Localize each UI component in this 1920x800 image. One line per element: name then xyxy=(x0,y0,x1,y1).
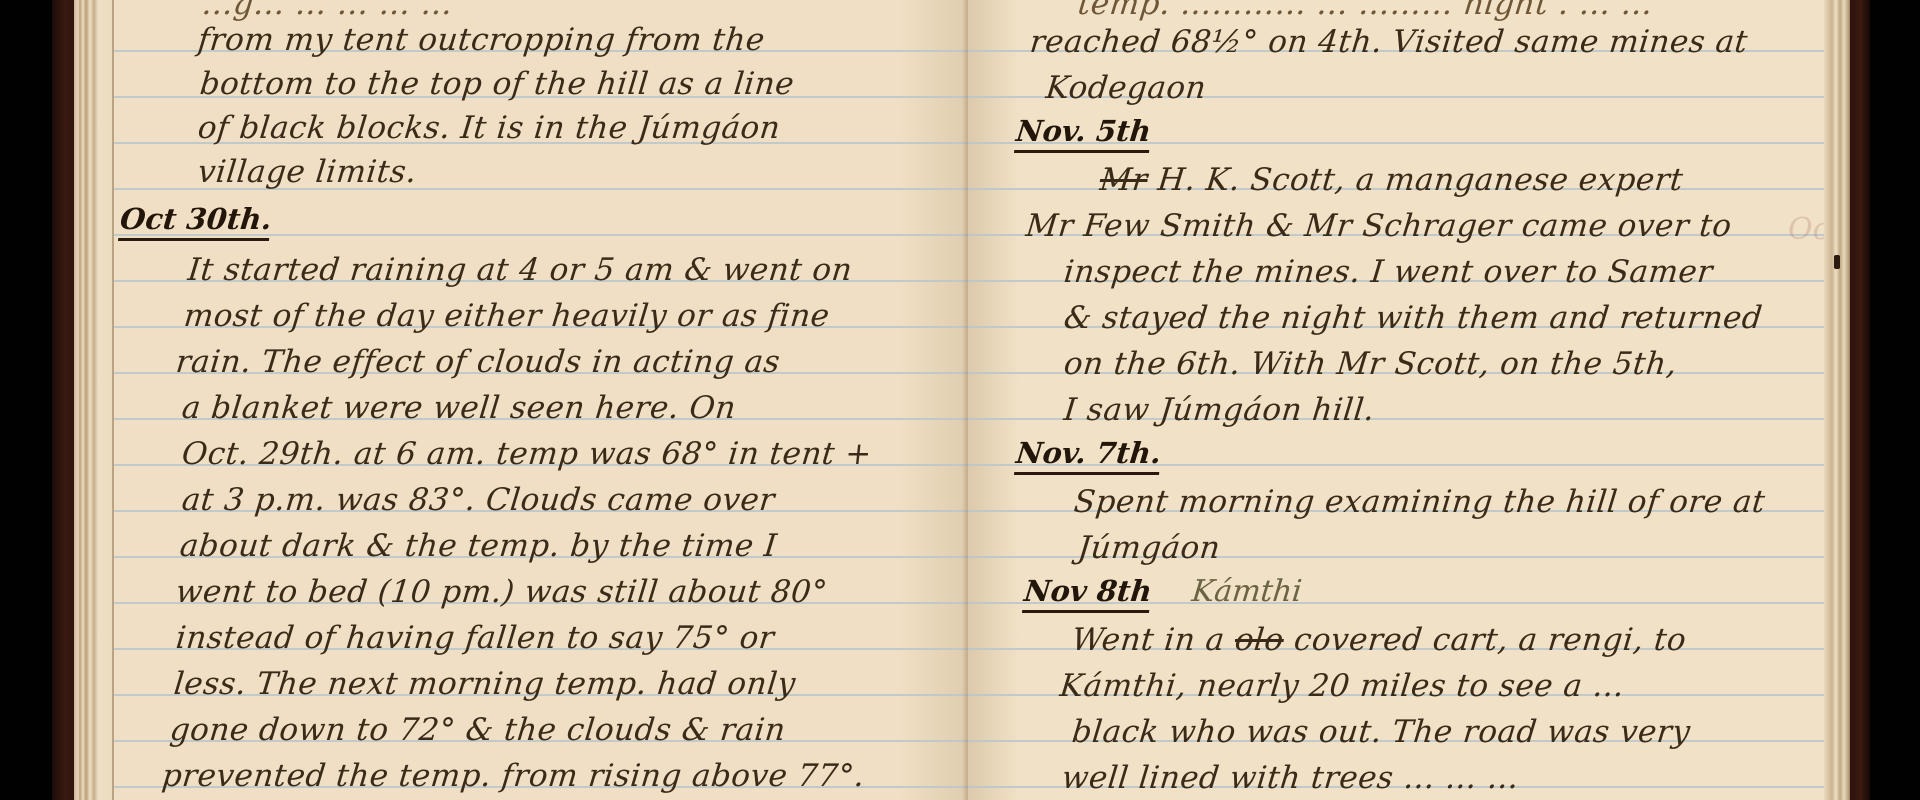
text-line: …g… … … … … xyxy=(200,0,455,22)
text-line: gone down to 72° & the clouds & rain xyxy=(168,712,787,748)
right-page: Oct 30th temp. ………… … ……… night . … … re… xyxy=(968,0,1826,800)
text-line: most of the day either heavily or as fin… xyxy=(182,298,831,334)
text-line: a blanket were well seen here. On xyxy=(180,390,738,426)
text-span: Went in a xyxy=(1070,622,1237,658)
text-line: bottom to the top of the hill as a line xyxy=(198,66,796,102)
bleed-through-text: Oct 30th xyxy=(1788,212,1826,247)
text-span: covered cart, a rengi, to xyxy=(1282,622,1688,658)
text-line: instead of having fallen to say 75° or xyxy=(174,620,776,656)
text-line: Went in a olo covered cart, a rengi, to xyxy=(1070,622,1688,658)
text-line: Oct. 29th. at 6 am. temp was 68° in tent… xyxy=(180,436,874,472)
text-span: Mr Few Smith & Mr Schrager came over to xyxy=(1024,208,1733,244)
text-line: less. The next morning temp. had only xyxy=(172,666,797,702)
text-line: village limits. xyxy=(196,154,418,190)
text-line: prevented the temp. from rising above 77… xyxy=(160,758,866,794)
left-page: …g… … … … … from my tent outcropping fro… xyxy=(112,0,968,800)
text-line: temp. ………… … ……… night . … … xyxy=(1076,0,1655,22)
struck-word: Mr xyxy=(1098,162,1149,198)
text-line: went to bed (10 pm.) was still about 80° xyxy=(174,574,829,610)
text-line: black who was out. The road was very xyxy=(1070,714,1692,750)
text-line: from my tent outcropping from the xyxy=(196,22,767,58)
diary-date-heading: Nov. 5th xyxy=(1014,114,1153,153)
text-line: rain. The effect of clouds in acting as xyxy=(174,344,782,380)
text-line: reached 68½° on 4th. Visited same mines … xyxy=(1028,24,1749,60)
text-line: Kámthi, nearly 20 miles to see a … xyxy=(1058,668,1626,704)
text-line: Spent morning examining the hill of ore … xyxy=(1072,484,1767,520)
diary-date-heading: Nov 8th xyxy=(1022,574,1154,613)
notebook-photo: …g… … … … … from my tent outcropping fro… xyxy=(0,0,1920,800)
diary-date-heading: Nov. 7th. xyxy=(1014,436,1163,475)
page-stack-left-edge xyxy=(74,0,114,800)
page-edge-mark xyxy=(1834,255,1840,269)
text-line: well lined with trees … … … xyxy=(1060,760,1521,796)
text-line: Kodegaon xyxy=(1044,70,1208,106)
text-line: Júmgáon xyxy=(1076,530,1222,566)
text-line: & stayed the night with them and returne… xyxy=(1062,300,1764,336)
diary-date-heading: Oct 30th. xyxy=(118,202,273,241)
text-line: It started raining at 4 or 5 am & went o… xyxy=(186,252,854,288)
text-line: Mr Few Smith & Mr Schrager came over to xyxy=(1024,208,1733,244)
margin-rule xyxy=(112,0,114,800)
text-line: I saw Júmgáon hill. xyxy=(1062,392,1376,428)
text-line: of black blocks. It is in the Júmgáon xyxy=(196,110,782,146)
book-cover-right-edge xyxy=(1850,0,1870,800)
text-span: H. K. Scott, a manganese expert xyxy=(1146,162,1685,198)
text-line: Mr H. K. Scott, a manganese expert xyxy=(1098,162,1685,198)
text-line: about dark & the temp. by the time I xyxy=(178,528,779,564)
place-name: Kámthi xyxy=(1190,574,1303,609)
struck-word: olo xyxy=(1233,622,1286,658)
text-line: at 3 p.m. was 83°. Clouds came over xyxy=(180,482,777,518)
text-line: inspect the mines. I went over to Samer xyxy=(1062,254,1715,290)
text-line: on the 6th. With Mr Scott, on the 5th, xyxy=(1062,346,1679,382)
